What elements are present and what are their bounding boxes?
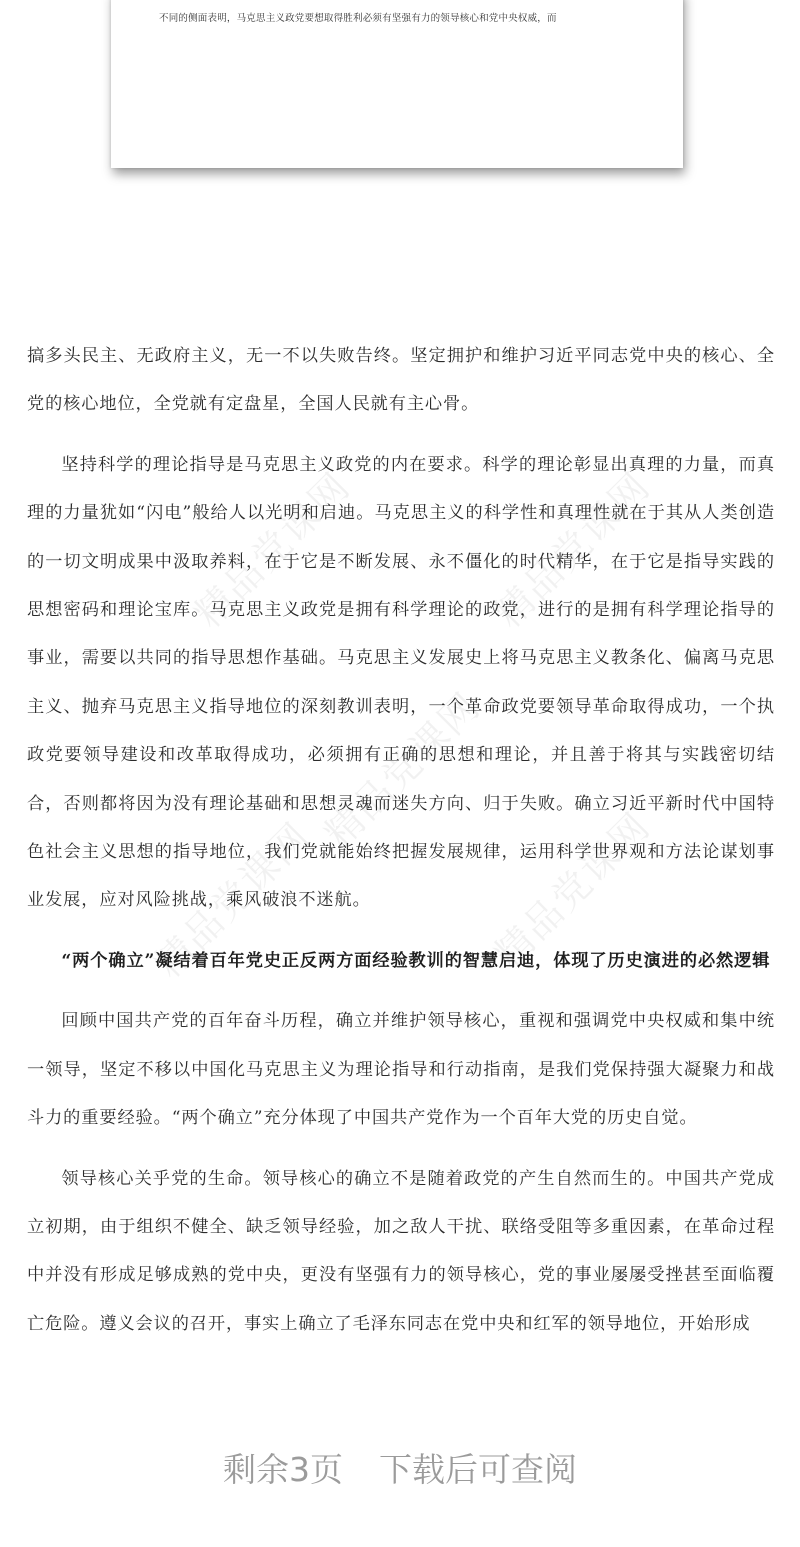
paragraph-3: 回顾中国共产党的百年奋斗历程，确立并维护领导核心，重视和强调党中央权威和集中统一… bbox=[27, 997, 775, 1142]
previous-page-preview: 不同的侧面表明，马克思主义政党要想取得胜利必须有坚强有力的领导核心和党中央权威，… bbox=[111, 0, 683, 168]
preview-page-text: 不同的侧面表明，马克思主义政党要想取得胜利必须有坚强有力的领导核心和党中央权威，… bbox=[159, 10, 557, 24]
document-body: 搞多头民主、无政府主义，无一不以失败告终。坚定拥护和维护习近平同志党中央的核心、… bbox=[27, 332, 775, 1360]
remaining-pages-banner[interactable]: 剩余3页下载后可查阅 bbox=[0, 1444, 800, 1491]
section-heading: “两个确立”凝结着百年党史正反两方面经验教训的智慧启迪，体现了历史演进的必然逻辑 bbox=[27, 937, 775, 985]
remaining-pages-label: 剩余3页 bbox=[223, 1450, 343, 1489]
paragraph-4: 领导核心关乎党的生命。领导核心的确立不是随着政党的产生自然而生的。中国共产党成立… bbox=[27, 1155, 775, 1349]
download-hint-label: 下载后可查阅 bbox=[379, 1450, 577, 1489]
paragraph-1: 搞多头民主、无政府主义，无一不以失败告终。坚定拥护和维护习近平同志党中央的核心、… bbox=[27, 332, 775, 429]
paragraph-2: 坚持科学的理论指导是马克思主义政党的内在要求。科学的理论彰显出真理的力量，而真理… bbox=[27, 441, 775, 925]
